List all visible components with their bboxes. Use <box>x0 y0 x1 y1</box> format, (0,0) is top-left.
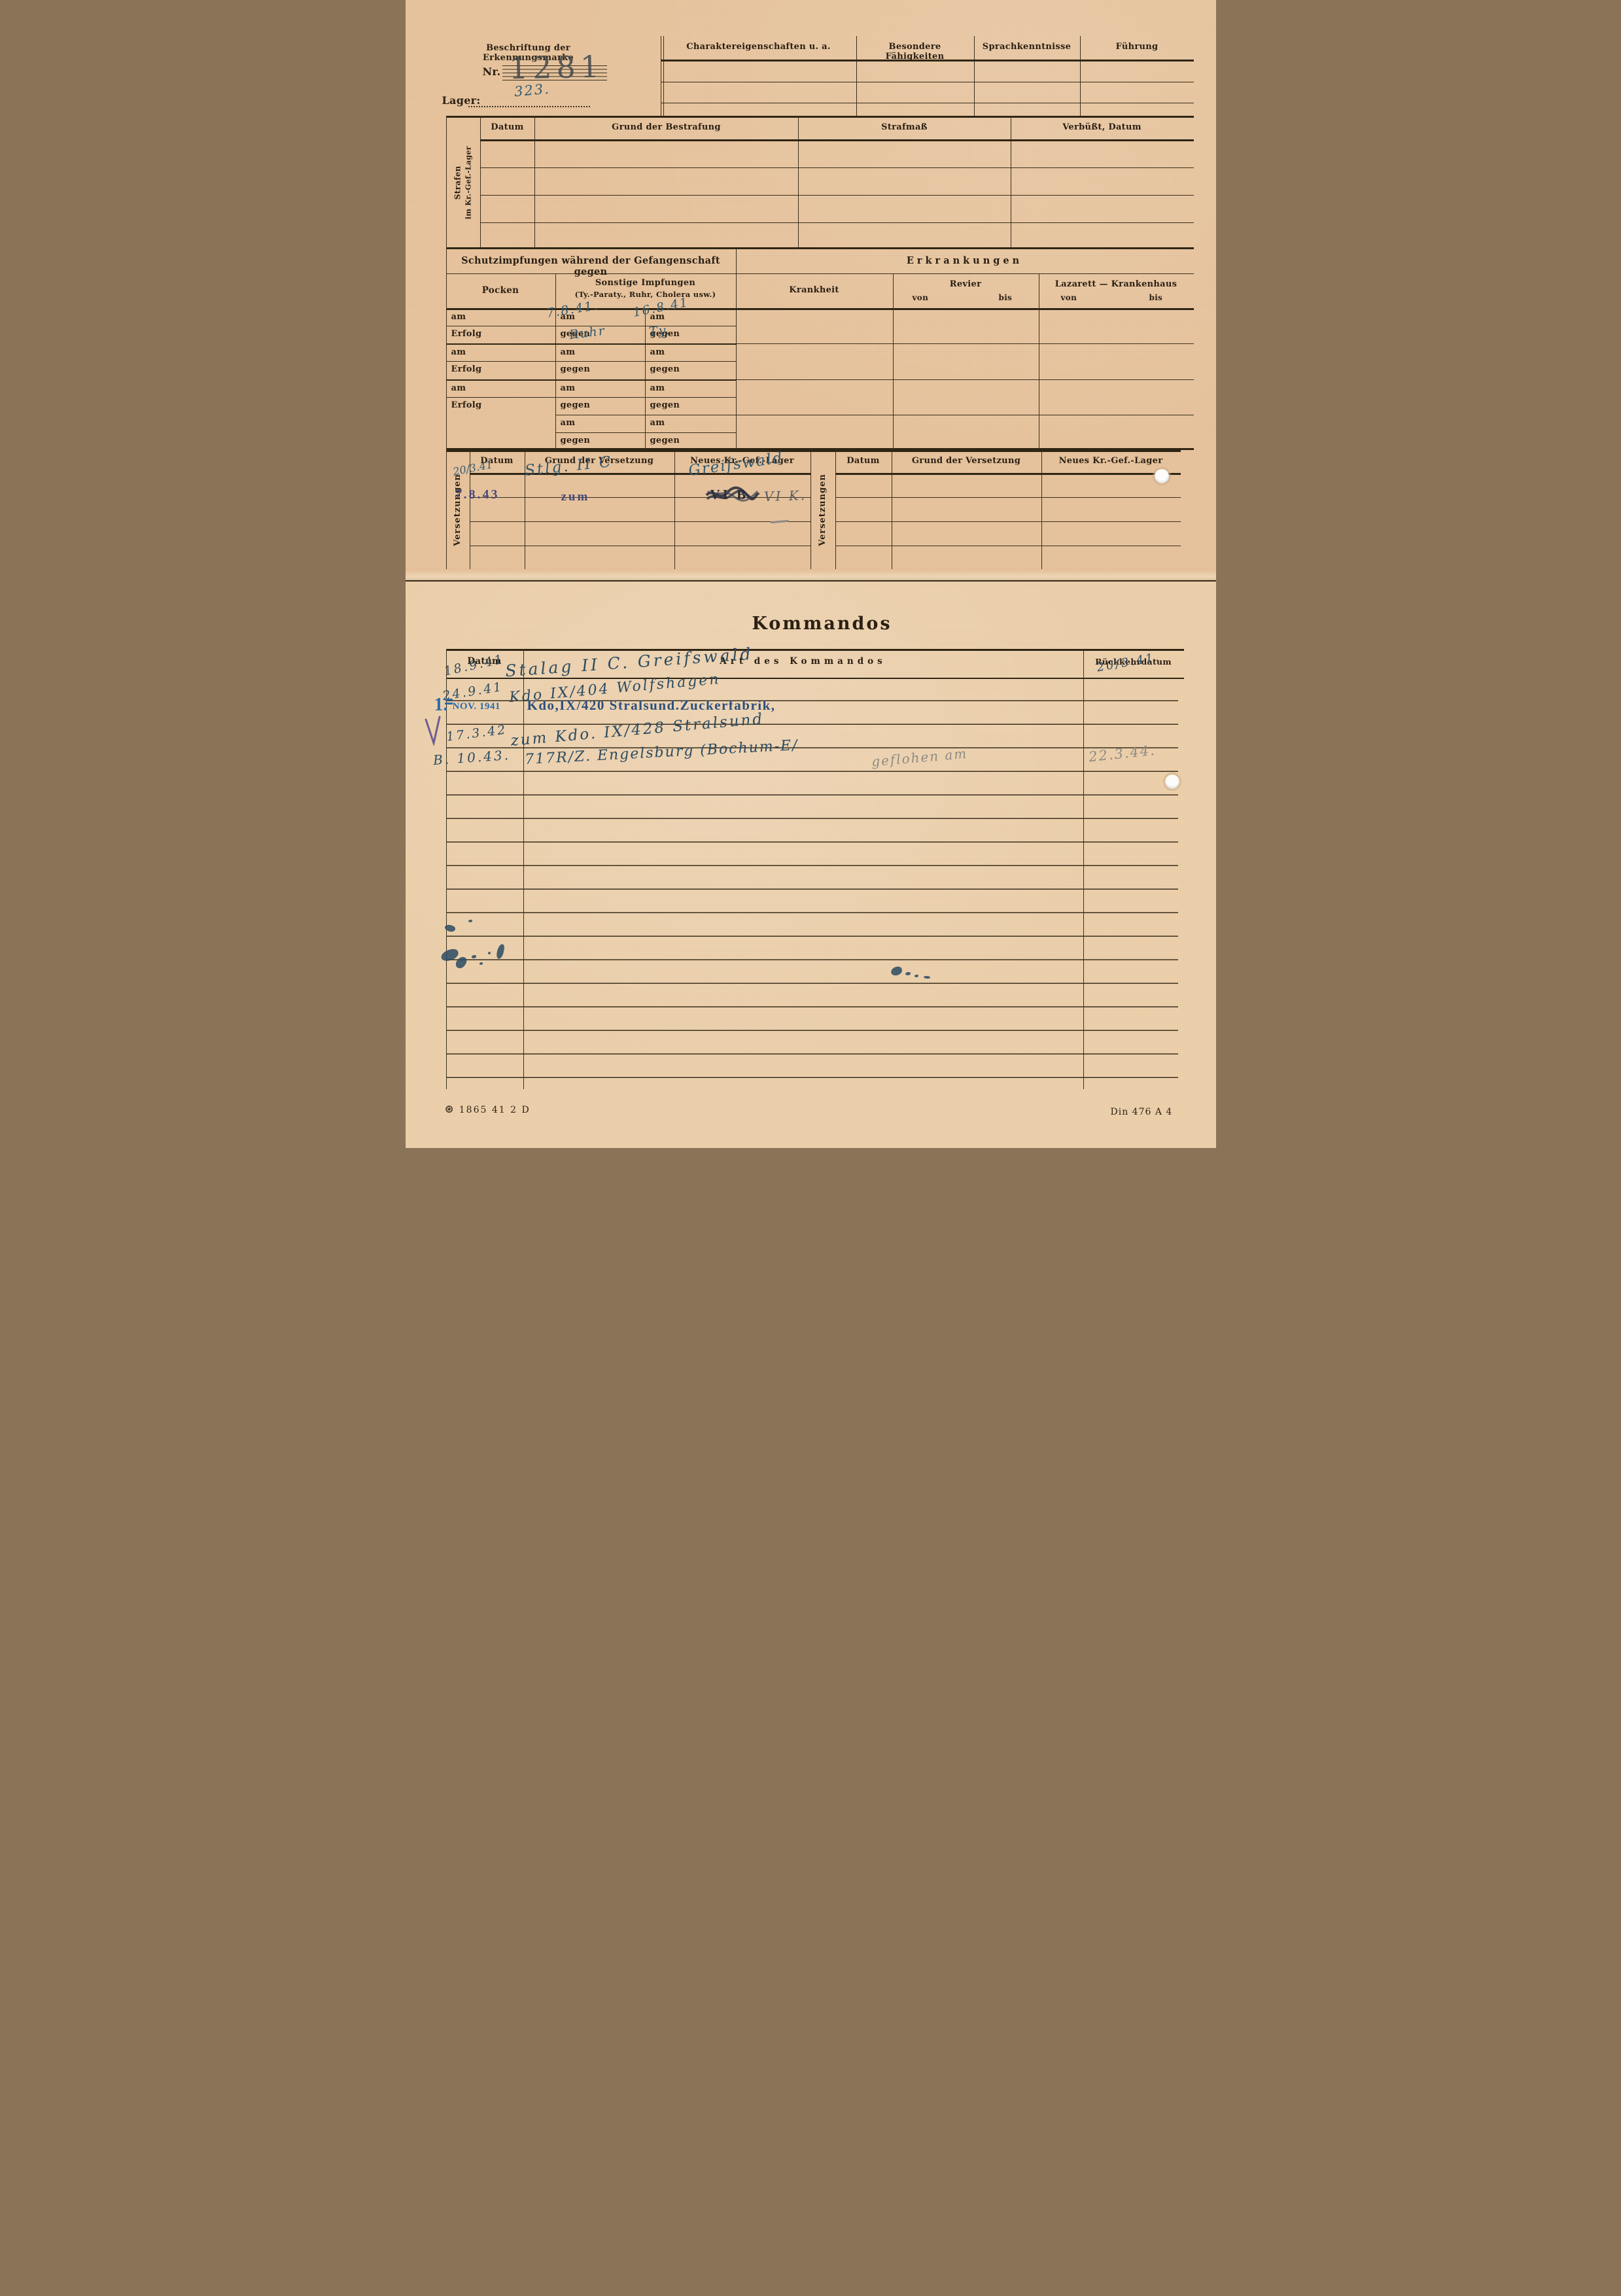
prisoner-number-stamp: 1281 <box>508 49 604 86</box>
col-pocken: Pocken <box>446 285 555 296</box>
col-krankheit: Krankheit <box>736 285 893 295</box>
pocken-erfolg-1: Erfolg <box>451 329 482 339</box>
versetz-row2-lager-new-pencil: VI K. <box>763 487 807 504</box>
ink-speck <box>472 955 476 958</box>
ink-speck <box>479 962 483 965</box>
versetz-row2-grund-stamp: zum <box>561 490 590 504</box>
din-format-label: Din 476 A 4 <box>1111 1107 1173 1117</box>
strafen-side-label: Strafen im Kr.-Gef.-Lager <box>446 116 480 249</box>
pocken-am-1: am <box>451 312 466 322</box>
col-besondere-faehigkeiten: Besondere Fähigkeiten <box>860 42 971 61</box>
print-code-footer: ⊛1865 41 2 D <box>445 1103 531 1116</box>
col-sprachkenntnisse: Sprachkenntnisse <box>977 42 1077 52</box>
lazarett-von: von <box>1061 293 1077 302</box>
qualities-table: Charaktereigenschaften u. a. Besondere F… <box>661 36 1194 116</box>
col-charaktereigenschaften: Charaktereigenschaften u. a. <box>667 42 850 52</box>
scribble-overlay <box>705 485 760 506</box>
s1-gegen-4: gegen <box>561 436 591 445</box>
col-sonstige-2: (Ty.-Paraty., Ruhr, Cholera usw.) <box>555 290 736 299</box>
impfungen-title: Schutzimpfungen während der Gefangenscha… <box>446 255 736 277</box>
pow-record-card-back: Beschriftung der Erkennungsmarke Nr. 128… <box>406 0 1216 1148</box>
lager-value-handwriting: 323. <box>514 81 551 100</box>
ink-speck <box>488 952 491 954</box>
pocken-am-3: am <box>451 383 466 393</box>
s2-am-4: am <box>650 418 665 428</box>
s2-gegen-4: gegen <box>650 436 680 445</box>
strafen-col-grund: Grund der Bestrafung <box>538 122 795 132</box>
print-code-text: 1865 41 2 D <box>459 1105 531 1115</box>
kommandos-table: Datum Art des Kommandos Rückkehrdatum <box>446 649 1184 1089</box>
pocken-am-2: am <box>451 347 466 357</box>
col-fuehrung: Führung <box>1083 42 1191 52</box>
s2-gegen-2: gegen <box>650 364 680 374</box>
col-sonstige-1: Sonstige Impfungen <box>555 278 736 288</box>
versetz-r-neues: Neues Kr.-Gef.-Lager <box>1044 456 1178 466</box>
erkrankungen-title: Erkrankungen <box>736 255 1194 266</box>
impf-gegen-2-handwriting: Ty. <box>648 323 671 339</box>
lazarett-bis: bis <box>1149 293 1163 302</box>
kdo-row3-datum-stamp: NOV. 1941 <box>453 701 500 712</box>
nr-label: Nr. <box>483 65 501 78</box>
versetz-r-datum: Datum <box>838 456 889 466</box>
s2-am-2: am <box>650 347 665 357</box>
pocken-erfolg-2: Erfolg <box>451 364 482 374</box>
s1-am-2: am <box>561 347 576 357</box>
s2-gegen-3: gegen <box>650 400 680 410</box>
revier-von: von <box>913 293 929 302</box>
hole-punch-bottom <box>1165 774 1179 789</box>
pocken-erfolg-3: Erfolg <box>451 400 482 410</box>
impfungen-erkrankungen-table: Schutzimpfungen während der Gefangenscha… <box>446 249 1194 450</box>
col-lazarett: Lazarett — Krankenhaus <box>1039 279 1194 289</box>
strafen-col-strafmass: Strafmaß <box>801 122 1008 132</box>
eagle-emblem-icon: ⊛ <box>445 1103 455 1116</box>
s1-gegen-3: gegen <box>561 400 591 410</box>
s1-am-3: am <box>561 383 576 393</box>
s1-am-4: am <box>561 418 576 428</box>
hole-punch-top <box>1155 469 1169 483</box>
strafen-col-verbuesst: Verbüßt, Datum <box>1014 122 1191 132</box>
revier-bis: bis <box>999 293 1013 302</box>
check-mark <box>424 716 446 746</box>
versetzungen-side-label-mid: Versetzungen <box>811 450 835 569</box>
strafen-col-datum: Datum <box>483 122 532 132</box>
ink-speck <box>915 975 918 977</box>
kdo-row3-art-stamp: Kdo,IX/420 Stralsund.Zuckerfabrik, <box>527 697 776 714</box>
ink-speck <box>468 920 472 922</box>
kommandos-title: Kommandos <box>691 614 953 634</box>
s1-gegen-2: gegen <box>561 364 591 374</box>
versetzungen-table-right: Versetzungen Datum Grund der Versetzung … <box>835 450 1181 569</box>
ink-speck <box>905 972 911 975</box>
col-revier: Revier <box>893 279 1039 289</box>
versetz-row2-datum-stamp: 7.8.43 <box>455 487 500 502</box>
versetz-r-grund: Grund der Versetzung <box>894 456 1039 466</box>
s2-am-3: am <box>650 383 665 393</box>
strafen-table: Strafen im Kr.-Gef.-Lager Datum Grund de… <box>446 116 1194 249</box>
